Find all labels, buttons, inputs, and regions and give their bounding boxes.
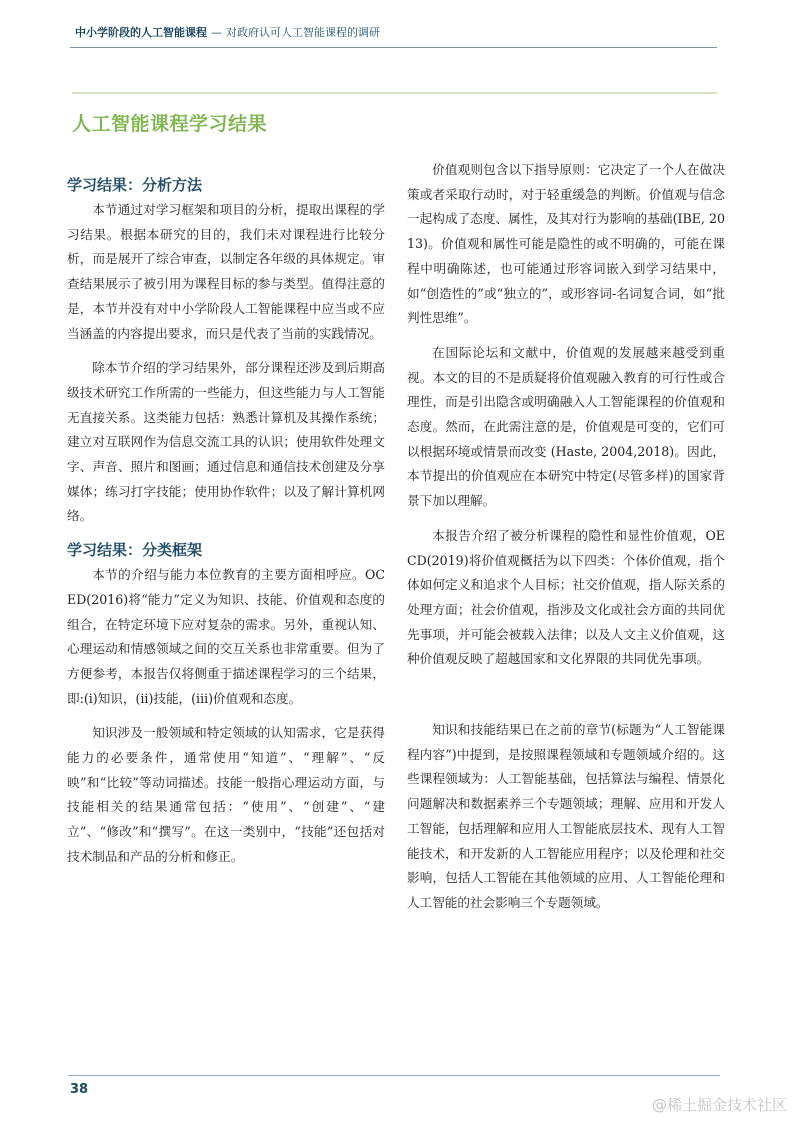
running-header-subtitle: 对政府认可人工智能课程的调研 <box>226 26 380 39</box>
paragraph: 价值观则包含以下指导原则：它决定了一个人在做决策或者采取行动时，对于轻重缓急的判… <box>407 158 725 331</box>
watermark: @稀土掘金技术社区 <box>652 1094 787 1115</box>
running-header-title: 中小学阶段的人工智能课程 <box>75 26 207 39</box>
right-column: 价值观则包含以下指导原则：它决定了一个人在做决策或者采取行动时，对于轻重缓急的判… <box>407 158 725 926</box>
paragraph: 除本节介绍的学习结果外，部分课程还涉及到后期高级技术研究工作所需的一些能力，但这… <box>67 356 385 529</box>
running-header: 中小学阶段的人工智能课程—对政府认可人工智能课程的调研 <box>75 24 380 40</box>
paragraph: 知识和技能结果已在之前的章节(标题为“人工智能课程内容”)中提到，是按照课程领域… <box>407 718 725 916</box>
paragraph: 在国际论坛和文献中，价值观的发展越来越受到重视。本文的目的不是质疑将价值观融入教… <box>407 341 725 514</box>
paragraph: 本报告介绍了被分析课程的隐性和显性价值观，OECD(2019)将价值观概括为以下… <box>407 524 725 672</box>
section-heading-classification-framework: 学习结果：分类框架 <box>67 539 385 561</box>
footer-divider <box>68 1075 720 1076</box>
section-heading-analysis-method: 学习结果：分析方法 <box>67 174 385 196</box>
paragraph: 本节的介绍与能力本位教育的主要方面相呼应。OCED(2016)将“能力”定义为知… <box>67 563 385 711</box>
chapter-title: 人工智能课程学习结果 <box>72 109 267 136</box>
running-header-separator: — <box>211 26 222 39</box>
chapter-divider <box>72 92 717 94</box>
page-number: 38 <box>70 1082 88 1097</box>
paragraph: 知识涉及一般领域和特定领域的认知需求，它是获得能力的必要条件，通常使用“知道”、… <box>67 721 385 869</box>
header-divider <box>70 47 717 48</box>
left-column: 学习结果：分析方法 本节通过对学习框架和项目的分析，提取出课程的学习结果。根据本… <box>67 174 385 880</box>
paragraph: 本节通过对学习框架和项目的分析，提取出课程的学习结果。根据本研究的目的，我们未对… <box>67 198 385 346</box>
